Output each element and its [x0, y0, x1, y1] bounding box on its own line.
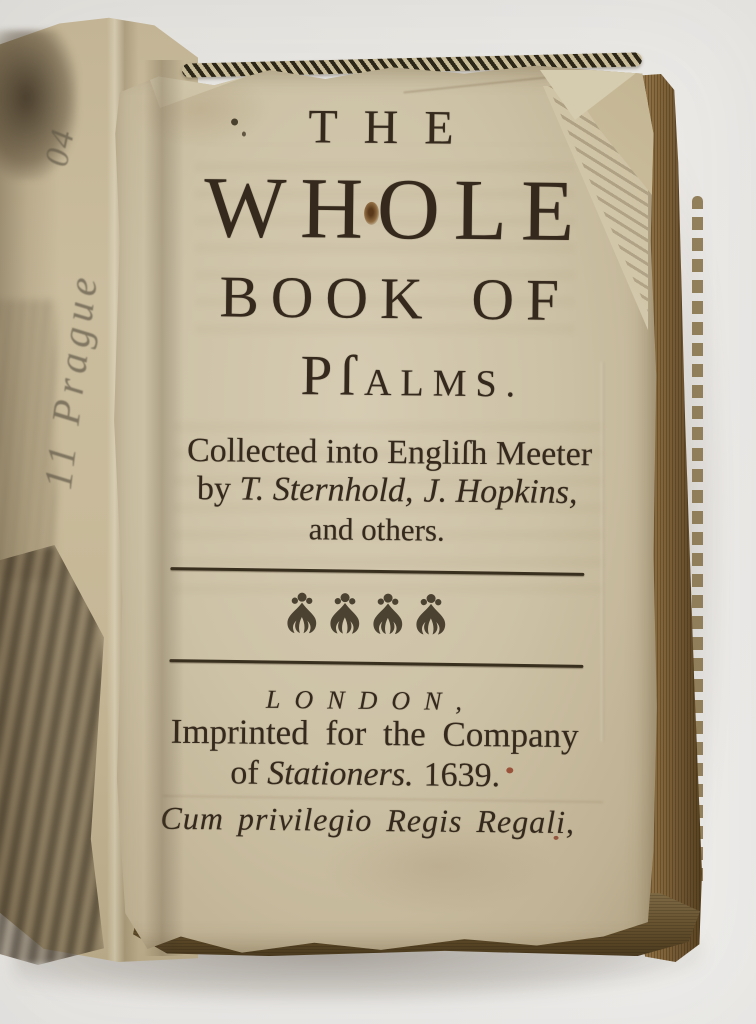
psalms-long-s: ſ	[339, 345, 365, 408]
subtitle-line-3: and others.	[99, 509, 655, 551]
ink-speck	[231, 118, 238, 125]
subtitle-line-2: by T. Sternhold,J. Hopkins,	[109, 469, 665, 513]
red-speck	[506, 767, 513, 773]
title-line-whole: WHOLE	[118, 155, 675, 262]
title-line-psalms: PſALMS.	[134, 341, 691, 412]
psalms-period: .	[505, 363, 524, 405]
title-page: THE WHOLE BOOK OF PſALMS. Collected into…	[103, 62, 659, 958]
subtitle-line-1: Collected into Engliſh Meeter	[111, 431, 667, 475]
byline-prefix: by	[197, 470, 240, 507]
photo-backdrop: 11 Prague 04 THE WHOLE BOOK OF PſALMS. C…	[0, 0, 756, 1024]
title-line-the: THE	[116, 97, 673, 158]
imprint-line-2: of Stationers.1639.	[87, 753, 643, 797]
pencil-mark-corner: 04	[38, 125, 83, 170]
ornament-row	[88, 587, 645, 645]
imprint-privilege: Cum privilegio Regis Regali,	[90, 799, 646, 842]
author-sternhold: T. Sternhold,	[239, 471, 413, 510]
imprint-of: of	[230, 754, 267, 791]
fleuron-ornament-icon	[369, 590, 406, 642]
fleuron-ornament-icon	[283, 589, 320, 641]
psalms-smallcaps: ALMS	[364, 362, 506, 405]
author-hopkins: J. Hopkins,	[423, 472, 577, 511]
horizontal-rule-upper	[170, 567, 584, 576]
fleuron-ornament-icon	[412, 590, 449, 642]
psalms-initial: P	[300, 344, 341, 407]
imprint-year: 1639.	[423, 756, 500, 794]
fleuron-ornament-icon	[326, 589, 363, 641]
title-line-book-of: BOOK OF	[117, 261, 674, 336]
printed-text-block: THE WHOLE BOOK OF PſALMS. Collected into…	[98, 59, 663, 961]
red-speck	[554, 836, 559, 840]
imprint-line-1: Imprinted for the Company	[96, 711, 652, 757]
horizontal-rule-lower	[169, 659, 583, 668]
imprint-publisher: Stationers.	[267, 755, 414, 794]
ink-speck	[242, 132, 246, 137]
